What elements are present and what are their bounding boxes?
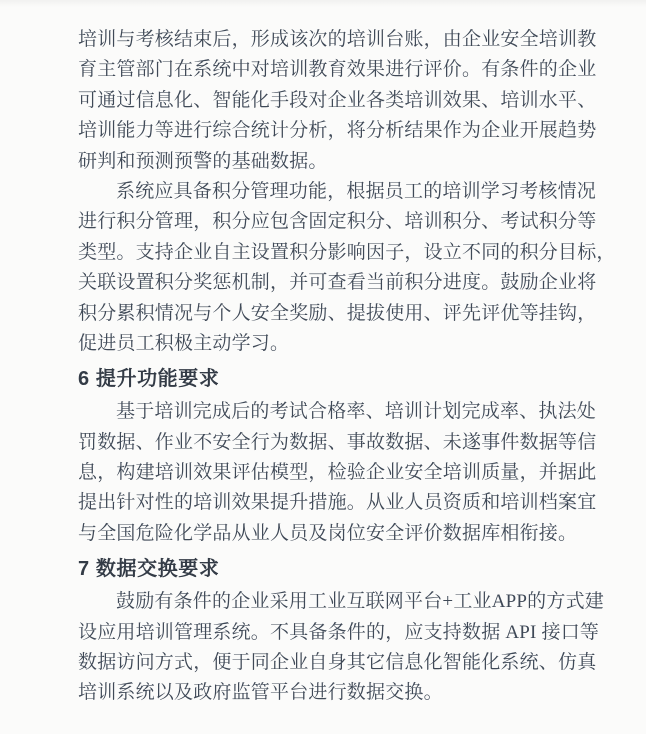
text-line: 进行积分管理，积分应包含固定积分、培训积分、考试积分等	[78, 207, 608, 237]
text-line: 积分累积情况与个人安全奖励、提拔使用、评先评优等挂钩，	[78, 299, 608, 329]
text-line: 类型。支持企业自主设置积分影响因子，设立不同的积分目标，	[78, 238, 608, 268]
text-line: 促进员工积极主动学习。	[78, 329, 608, 359]
text-line: 鼓励有条件的企业采用工业互联网平台+工业APP的方式建	[78, 587, 608, 617]
text-line: 基于培训完成后的考试合格率、培训计划完成率、执法处	[78, 397, 608, 427]
section-heading-7: 7 数据交换要求	[78, 553, 608, 585]
text-column: 培训与考核结束后，形成该次的培训台账，由企业安全培训教育主管部门在系统中对培训教…	[78, 25, 608, 709]
text-line: 培训与考核结束后，形成该次的培训台账，由企业安全培训教	[78, 25, 608, 55]
text-line: 与全国危险化学品从业人员及岗位安全评价数据库相衔接。	[78, 519, 608, 549]
text-line: 培训能力等进行综合统计分析，将分析结果作为企业开展趋势	[78, 116, 608, 146]
text-line: 可通过信息化、智能化手段对企业各类培训效果、培训水平、	[78, 86, 608, 116]
text-line: 提出针对性的培训效果提升措施。从业人员资质和培训档案宜	[78, 488, 608, 518]
text-line: 罚数据、作业不安全行为数据、事故数据、未遂事件数据等信	[78, 428, 608, 458]
text-line: 数据访问方式，便于同企业自身其它信息化智能化系统、仿真	[78, 648, 608, 678]
text-line: 培训系统以及政府监管平台进行数据交换。	[78, 678, 608, 708]
text-line: 系统应具备积分管理功能，根据员工的培训学习考核情况	[78, 177, 608, 207]
text-line: 育主管部门在系统中对培训教育效果进行评价。有条件的企业	[78, 55, 608, 85]
text-line: 研判和预测预警的基础数据。	[78, 147, 608, 177]
text-line: 关联设置积分奖惩机制，并可查看当前积分进度。鼓励企业将	[78, 268, 608, 298]
text-line: 息，构建培训效果评估模型，检验企业安全培训质量，并据此	[78, 458, 608, 488]
section-heading-6: 6 提升功能要求	[78, 363, 608, 395]
document-page: 培训与考核结束后，形成该次的培训台账，由企业安全培训教育主管部门在系统中对培训教…	[0, 0, 646, 734]
text-line: 设应用培训管理系统。不具备条件的，应支持数据 API 接口等	[78, 618, 608, 648]
